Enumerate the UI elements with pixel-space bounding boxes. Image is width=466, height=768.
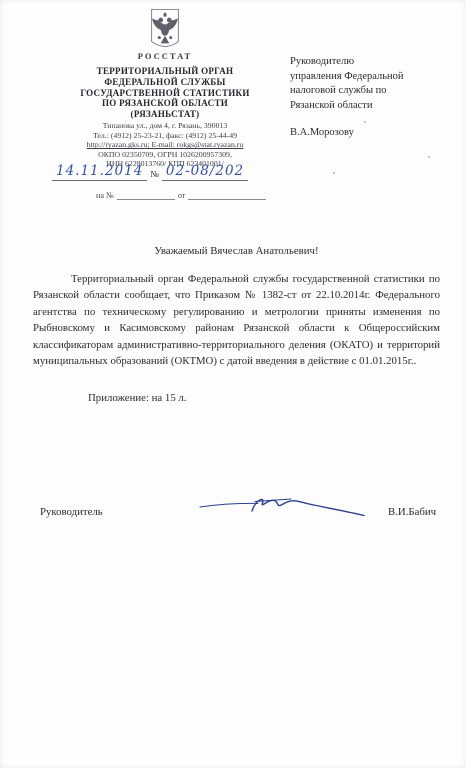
agency-name: РОССТАТ — [40, 51, 290, 61]
organization-name: ТЕРРИТОРИАЛЬНЫЙ ОРГАН ФЕДЕРАЛЬНОЙ СЛУЖБЫ… — [40, 66, 290, 120]
recipient-line: управления Федеральной — [290, 70, 462, 85]
street-address: Типанова ул., дом 4, г. Рязань, 390013 — [40, 121, 290, 131]
reply-number-blank — [117, 190, 175, 200]
coat-of-arms-icon — [146, 8, 184, 52]
signature-scribble — [196, 490, 371, 527]
reply-date-blank — [188, 190, 266, 200]
reference-line: 14.11.2014 № 02-08/202 — [52, 163, 272, 181]
salutation: Уважаемый Вячеслав Анатольевич! — [33, 245, 440, 257]
okpo-ogrn: ОКПО 02350709, ОГРН 1026200957309, — [40, 150, 290, 160]
body-paragraph: Территориальный орган Федеральной службы… — [33, 271, 440, 369]
address-block: Типанова ул., дом 4, г. Рязань, 390013 Т… — [40, 121, 290, 169]
recipient-name: В.А.Морозову — [290, 127, 462, 138]
org-line: ГОСУДАРСТВЕННОЙ СТАТИСТИКИ — [40, 88, 290, 99]
handwritten-date: 14.11.2014 — [56, 163, 143, 179]
scan-speck — [364, 121, 366, 123]
number-blank: 02-08/202 — [162, 163, 248, 181]
date-blank: 14.11.2014 — [52, 163, 147, 181]
reply-from-label: от — [178, 191, 186, 200]
handwritten-signature-icon — [196, 490, 371, 522]
recipient-line: Рязанской области — [290, 99, 462, 114]
org-line: ПО РЯЗАНСКОЙ ОБЛАСТИ — [40, 98, 290, 109]
website-email: http://ryazan.gks.ru; E-mail: rokgs@stat… — [40, 140, 290, 150]
number-sign: № — [147, 169, 162, 181]
scanned-letter-page: РОССТАТ ТЕРРИТОРИАЛЬНЫЙ ОРГАН ФЕДЕРАЛЬНО… — [0, 0, 466, 768]
handwritten-number: 02-08/202 — [166, 163, 244, 179]
org-line: (РЯЗАНЬСТАТ) — [40, 109, 290, 120]
org-line: ТЕРРИТОРИАЛЬНЫЙ ОРГАН — [40, 66, 290, 77]
phone-fax: Тел.: (4912) 25-23-21, факс: (4912) 25-4… — [40, 131, 290, 141]
org-line: ФЕДЕРАЛЬНОЙ СЛУЖБЫ — [40, 77, 290, 88]
reply-prefix: на № — [96, 191, 114, 200]
signature-title: Руководитель — [40, 506, 103, 518]
recipient-line: Руководителю — [290, 55, 462, 70]
recipient-line: налоговой службы по — [290, 84, 462, 99]
recipient-block: Руководителю управления Федеральной нало… — [290, 55, 462, 113]
attachment-note: Приложение: на 15 л. — [88, 392, 187, 404]
scan-speck — [428, 156, 430, 158]
emblem-container — [40, 8, 290, 57]
signatory-name: В.И.Бабич — [388, 506, 436, 518]
reply-reference-line: на № от — [96, 190, 316, 200]
scan-speck — [333, 172, 335, 174]
